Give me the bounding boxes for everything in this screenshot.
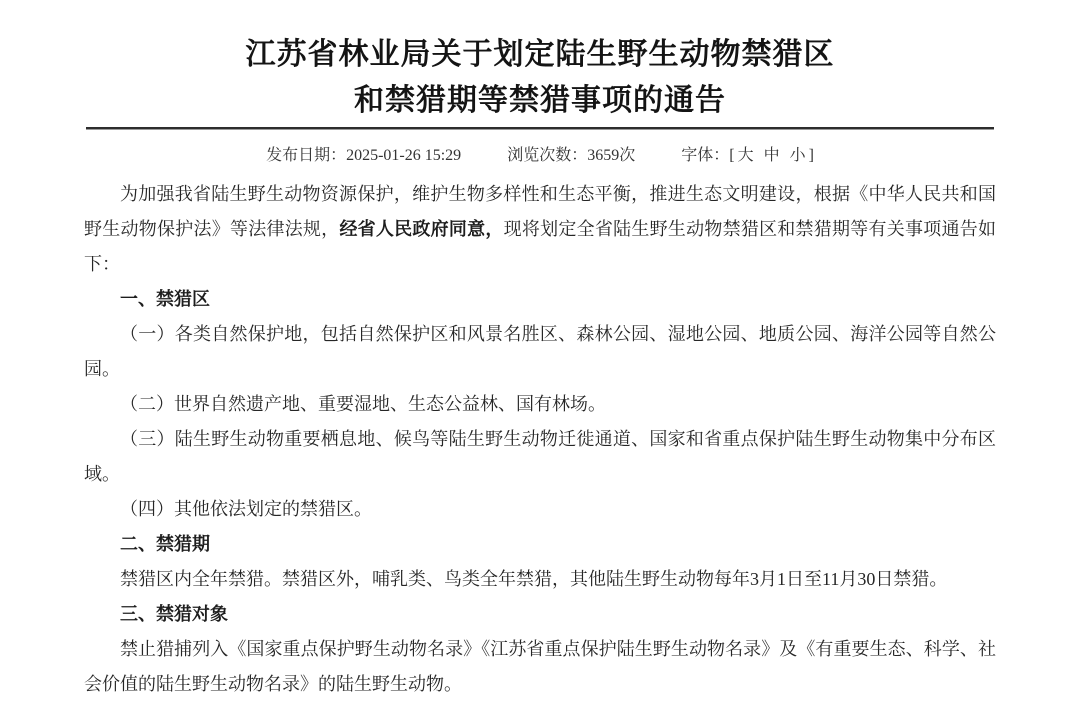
view-count-value: 3659次 bbox=[587, 147, 635, 164]
section-heading: 一、禁猎区 bbox=[84, 282, 996, 317]
page-title-line-2: 和禁猎期等禁猎事项的通告 bbox=[84, 78, 996, 124]
paragraph: （二）世界自然遗产地、重要湿地、生态公益林、国有林场。 bbox=[84, 387, 996, 422]
notice-content-area: 江苏省林业局关于划定陆生野生动物禁猎区 和禁猎期等禁猎事项的通告 发布日期：20… bbox=[84, 0, 996, 702]
paragraph: 为加强我省陆生野生动物资源保护，维护生物多样性和生态平衡，推进生态文明建设，根据… bbox=[84, 177, 996, 282]
text-segment: （一）各类自然保护地，包括自然保护区和风景名胜区、森林公园、湿地公园、地质公园、… bbox=[84, 324, 996, 379]
paragraph: 禁止猎捕列入《国家重点保护野生动物名录》《江苏省重点保护陆生野生动物名录》及《有… bbox=[84, 632, 996, 702]
font-size-option-small[interactable]: 小 bbox=[787, 147, 809, 164]
document-body: 为加强我省陆生野生动物资源保护，维护生物多样性和生态平衡，推进生态文明建设，根据… bbox=[84, 177, 996, 702]
publish-date-label: 发布日期： bbox=[266, 147, 346, 164]
font-size-option-large[interactable]: 大 bbox=[735, 147, 757, 164]
paragraph: （四）其他依法划定的禁猎区。 bbox=[84, 492, 996, 527]
text-segment: 禁止猎捕列入《国家重点保护野生动物名录》《江苏省重点保护陆生野生动物名录》及《有… bbox=[84, 639, 996, 694]
font-size-bracket-open: [ bbox=[729, 147, 734, 164]
publish-date: 发布日期：2025-01-26 15:29 bbox=[266, 145, 461, 167]
view-count: 浏览次数：3659次 bbox=[507, 145, 635, 167]
font-size-label: 字体： bbox=[681, 147, 729, 164]
text-segment: （四）其他依法划定的禁猎区。 bbox=[120, 499, 372, 519]
bold-text-segment: 三、禁猎对象 bbox=[120, 604, 228, 624]
section-heading: 三、禁猎对象 bbox=[84, 597, 996, 632]
page-title-line-1: 江苏省林业局关于划定陆生野生动物禁猎区 bbox=[84, 32, 996, 78]
font-size-control: 字体：[大 中 小] bbox=[681, 145, 814, 167]
bold-text-segment: 经省人民政府同意， bbox=[339, 219, 503, 239]
font-size-bracket-close: ] bbox=[809, 147, 814, 164]
text-segment: 禁猎区内全年禁猎。禁猎区外，哺乳类、鸟类全年禁猎，其他陆生野生动物每年3月1日至… bbox=[120, 569, 947, 589]
text-segment: （三）陆生野生动物重要栖息地、候鸟等陆生野生动物迁徙通道、国家和省重点保护陆生野… bbox=[84, 429, 996, 484]
section-heading: 二、禁猎期 bbox=[84, 527, 996, 562]
view-count-label: 浏览次数： bbox=[507, 147, 587, 164]
paragraph: 禁猎区内全年禁猎。禁猎区外，哺乳类、鸟类全年禁猎，其他陆生野生动物每年3月1日至… bbox=[84, 562, 996, 597]
text-segment: （二）世界自然遗产地、重要湿地、生态公益林、国有林场。 bbox=[120, 394, 606, 414]
notice-page: 江苏省林业局关于划定陆生野生动物禁猎区 和禁猎期等禁猎事项的通告 发布日期：20… bbox=[0, 0, 1080, 707]
paragraph: （三）陆生野生动物重要栖息地、候鸟等陆生野生动物迁徙通道、国家和省重点保护陆生野… bbox=[84, 422, 996, 492]
font-size-option-medium[interactable]: 中 bbox=[761, 147, 783, 164]
title-divider bbox=[86, 127, 994, 130]
paragraph: （一）各类自然保护地，包括自然保护区和风景名胜区、森林公园、湿地公园、地质公园、… bbox=[84, 317, 996, 387]
page-title: 江苏省林业局关于划定陆生野生动物禁猎区 和禁猎期等禁猎事项的通告 bbox=[84, 32, 996, 124]
bold-text-segment: 二、禁猎期 bbox=[120, 534, 210, 554]
meta-bar: 发布日期：2025-01-26 15:29 浏览次数：3659次 字体：[大 中… bbox=[84, 145, 996, 167]
publish-date-value: 2025-01-26 15:29 bbox=[346, 147, 461, 164]
bold-text-segment: 一、禁猎区 bbox=[120, 289, 210, 309]
